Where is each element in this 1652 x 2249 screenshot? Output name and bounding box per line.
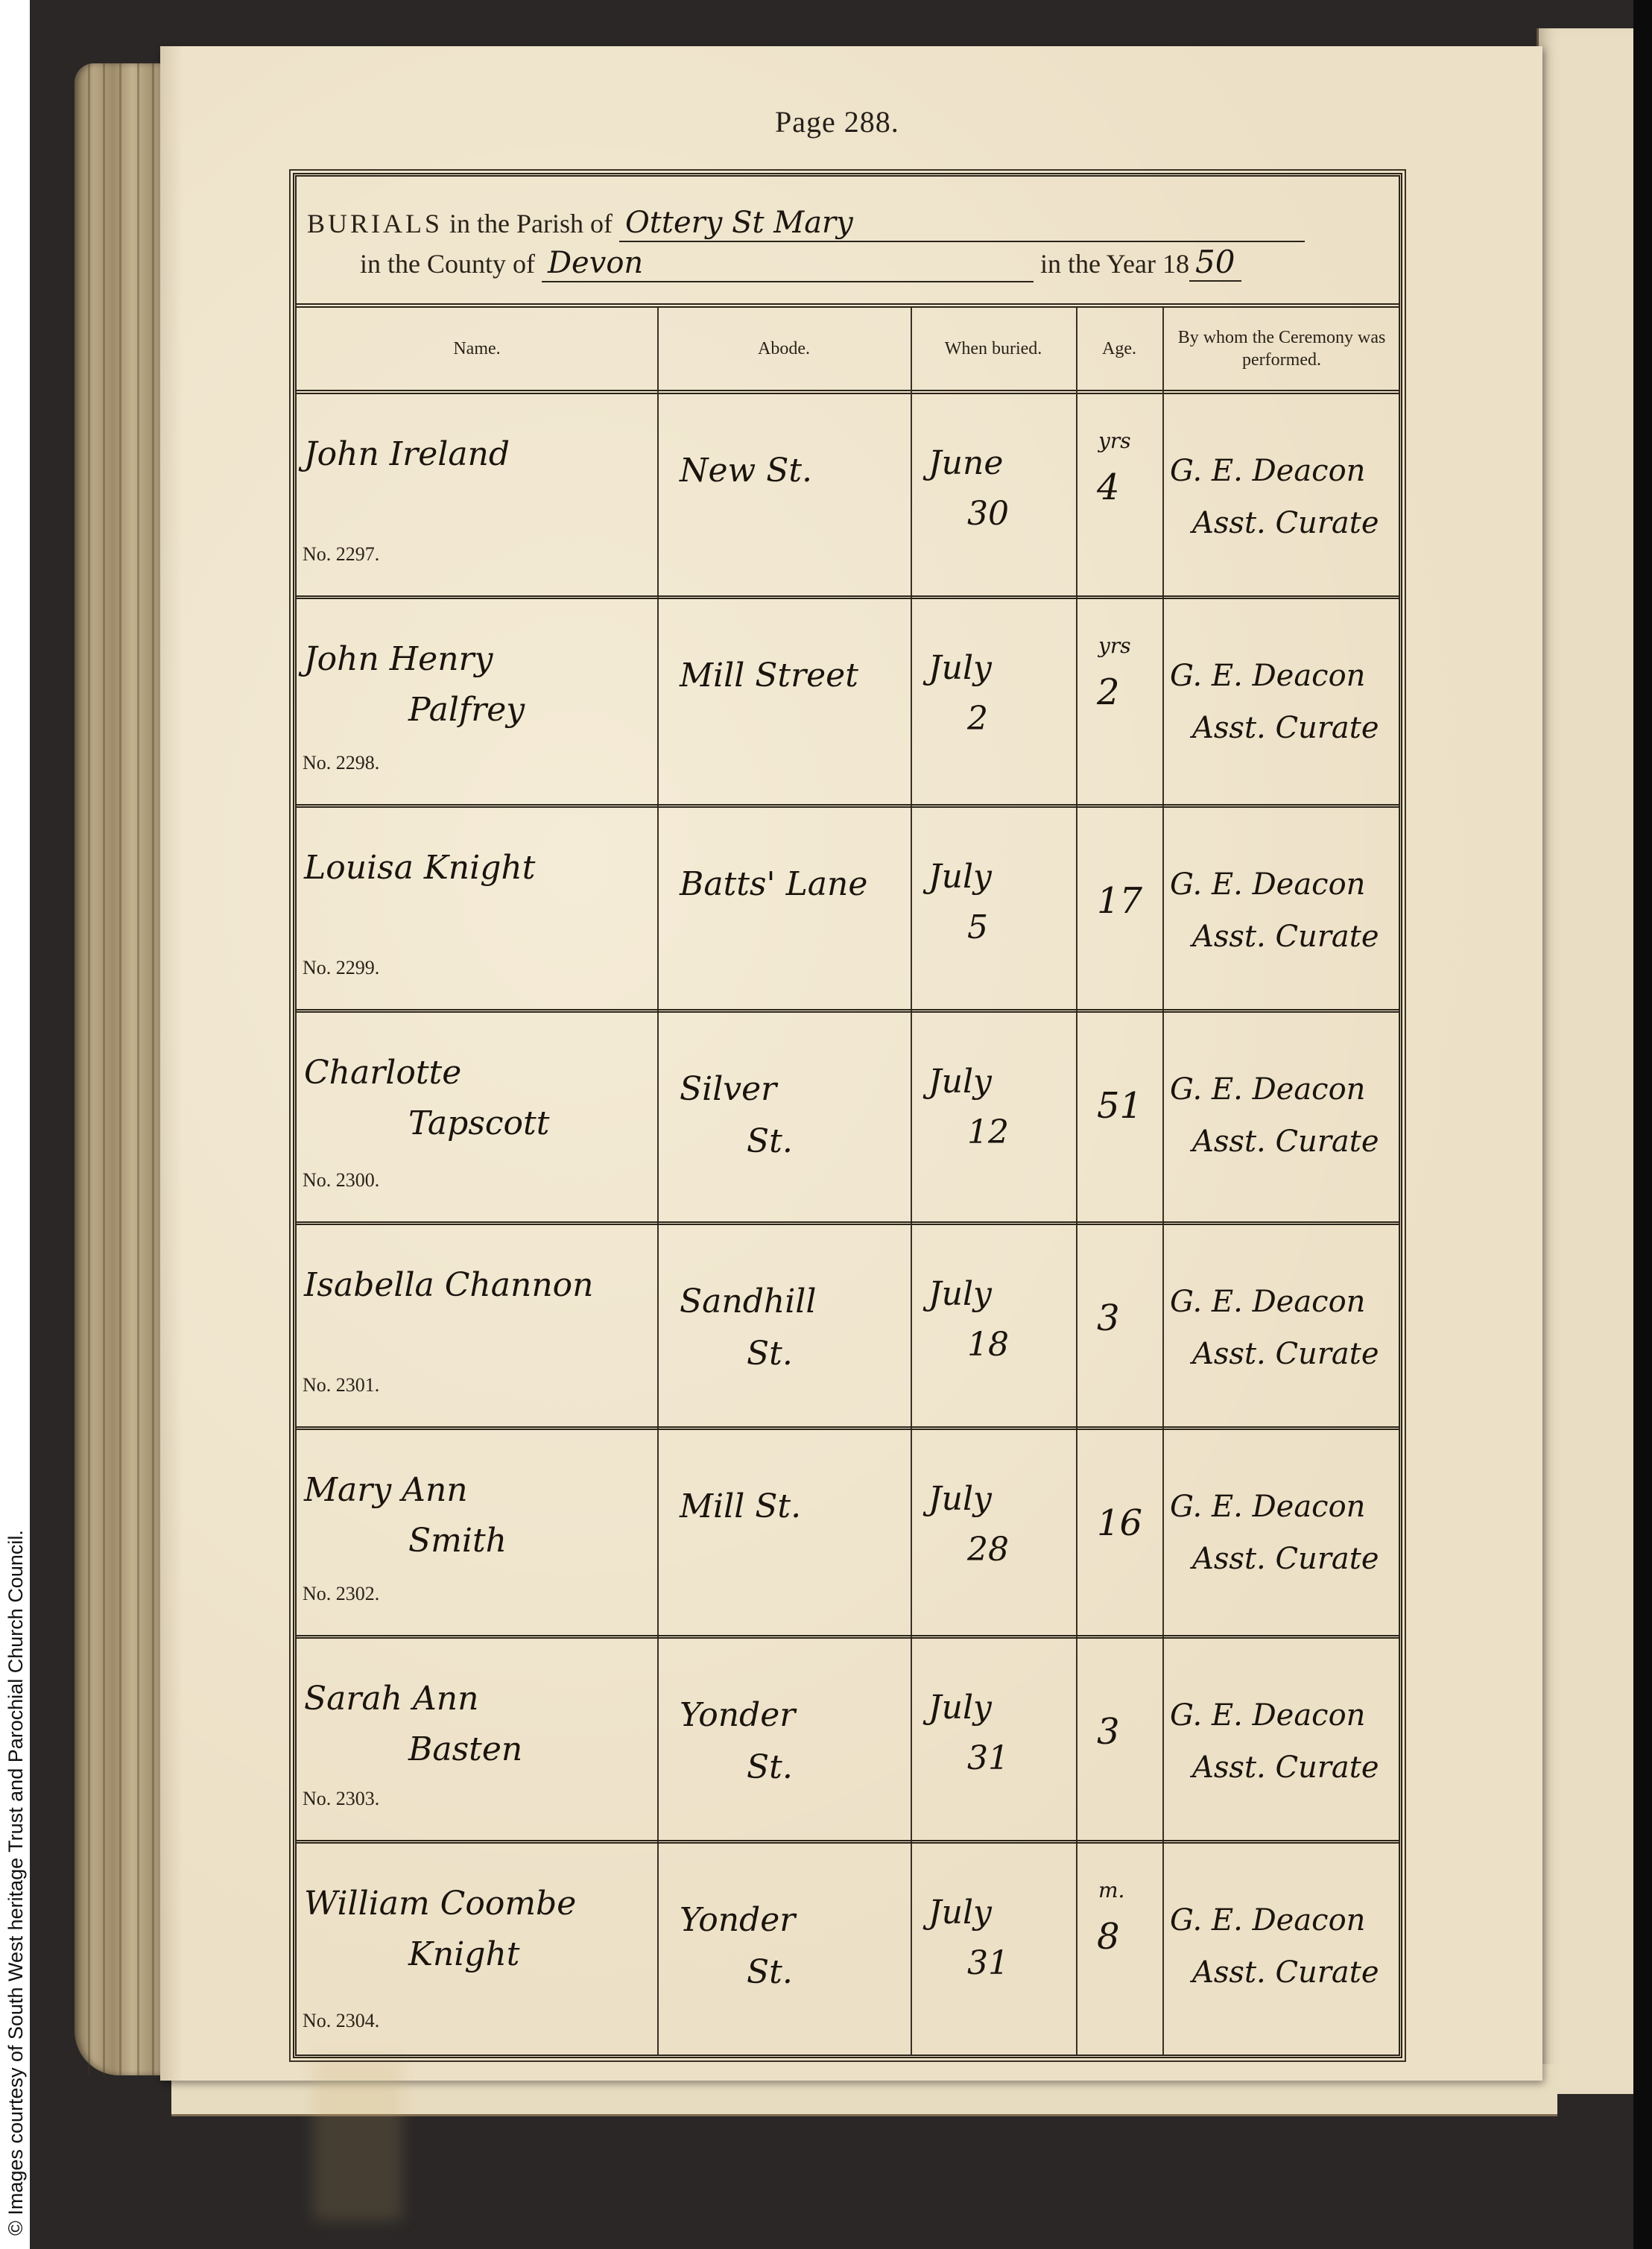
burial-month: July <box>928 1475 992 1524</box>
burial-day: 2 <box>967 695 988 744</box>
year-field: 50 <box>1189 249 1241 282</box>
name-line-1: Mary Ann <box>304 1466 468 1515</box>
burial-month: July <box>928 1683 992 1733</box>
table-row: Louisa Knight No. 2299. Batts' Lane July… <box>297 808 1399 1013</box>
table-row: Mary Ann Smith No. 2302. Mill St. July 2… <box>297 1430 1399 1639</box>
age-cell: 17 <box>1076 808 1162 1009</box>
book-page-edges <box>75 63 171 2075</box>
age-value: 4 <box>1097 463 1120 512</box>
abode-line-1: Mill St. <box>680 1482 801 1531</box>
officiant-cell: G. E. Deacon Asst. Curate <box>1162 1225 1401 1426</box>
burial-month: July <box>928 644 992 693</box>
when-buried-cell: July 5 <box>911 808 1076 1009</box>
name-line-2: Tapscott <box>408 1099 549 1148</box>
officiant-cell: G. E. Deacon Asst. Curate <box>1162 394 1401 595</box>
age-value: 51 <box>1097 1081 1142 1130</box>
age-unit: m. <box>1098 1866 1124 1915</box>
officiant-name: G. E. Deacon <box>1170 1482 1365 1531</box>
entry-number: No. 2297. <box>303 530 379 579</box>
age-unit: yrs <box>1098 417 1131 466</box>
table-row: Isabella Channon No. 2301. Sandhill St. … <box>297 1225 1399 1430</box>
age-cell: 3 <box>1076 1225 1162 1426</box>
name-cell: Mary Ann Smith No. 2302. <box>297 1430 657 1635</box>
burial-month: July <box>928 1888 992 1938</box>
age-cell: 16 <box>1076 1430 1162 1635</box>
abode-line-1: Batts' Lane <box>680 860 867 909</box>
name-line-1: John Ireland <box>304 430 510 479</box>
burial-month: June <box>928 439 1003 488</box>
age-unit: yrs <box>1098 621 1131 671</box>
abode-cell: Batts' Lane <box>657 808 911 1009</box>
name-cell: John Ireland No. 2297. <box>297 394 657 595</box>
water-stain <box>313 2057 402 2221</box>
background-edge <box>1633 0 1652 2249</box>
entry-number: No. 2301. <box>303 1361 379 1410</box>
when-buried-cell: July 28 <box>911 1430 1076 1635</box>
entry-number: No. 2300. <box>303 1156 379 1205</box>
officiant-title: Asst. Curate <box>1192 499 1379 548</box>
burial-register: BURIALS in the Parish of Ottery St Mary … <box>293 173 1402 2058</box>
column-header-abode: Abode. <box>657 308 911 390</box>
image-credit: © Images courtesy of South West heritage… <box>4 1530 28 2236</box>
table-row: John Ireland No. 2297. New St. June 30 y… <box>297 394 1399 599</box>
name-line-2: Smith <box>408 1516 507 1566</box>
table-row: Sarah Ann Basten No. 2303. Yonder St. Ju… <box>297 1639 1399 1844</box>
burial-day: 12 <box>967 1108 1009 1157</box>
abode-cell: Sandhill St. <box>657 1225 911 1426</box>
name-line-2: Basten <box>408 1725 522 1774</box>
abode-line-2: St. <box>747 1743 793 1792</box>
heading-county-line: in the County of Devon in the Year 1850 <box>360 248 1241 282</box>
officiant-name: G. E. Deacon <box>1170 1691 1365 1740</box>
burial-month: July <box>928 1270 992 1319</box>
name-line-2: Palfrey <box>408 686 525 735</box>
burial-day: 28 <box>967 1525 1009 1575</box>
abode-cell: Yonder St. <box>657 1844 911 2062</box>
officiant-cell: G. E. Deacon Asst. Curate <box>1162 1430 1401 1635</box>
officiant-name: G. E. Deacon <box>1170 1065 1365 1114</box>
name-line-1: Sarah Ann <box>304 1674 478 1724</box>
officiant-name: G. E. Deacon <box>1170 651 1365 700</box>
entry-number: No. 2298. <box>303 738 379 788</box>
officiant-title: Asst. Curate <box>1192 1534 1379 1584</box>
age-value: 17 <box>1097 876 1142 926</box>
column-header-age: Age. <box>1076 308 1162 390</box>
officiant-cell: G. E. Deacon Asst. Curate <box>1162 1844 1401 2062</box>
officiant-title: Asst. Curate <box>1192 1117 1379 1166</box>
officiant-name: G. E. Deacon <box>1170 860 1365 909</box>
when-buried-cell: July 31 <box>911 1639 1076 1840</box>
officiant-title: Asst. Curate <box>1192 703 1379 753</box>
column-header-officiant: By whom the Ceremony was performed. <box>1162 308 1401 390</box>
officiant-cell: G. E. Deacon Asst. Curate <box>1162 599 1401 804</box>
officiant-title: Asst. Curate <box>1192 912 1379 961</box>
table-header: Name. Abode. When buried. Age. By whom t… <box>297 308 1399 394</box>
officiant-title: Asst. Curate <box>1192 1743 1379 1792</box>
entry-number: No. 2304. <box>303 1996 379 2046</box>
officiant-name: G. E. Deacon <box>1170 446 1365 496</box>
name-line-1: John Henry <box>304 635 493 684</box>
table-row: Charlotte Tapscott No. 2300. Silver St. … <box>297 1013 1399 1225</box>
age-cell: yrs 4 <box>1076 394 1162 595</box>
abode-line-1: Yonder <box>680 1691 795 1740</box>
county-prefix: in the County of <box>360 249 535 279</box>
credit-strip: © Images courtesy of South West heritage… <box>0 0 30 2249</box>
name-cell: William Coombe Knight No. 2304. <box>297 1844 657 2062</box>
when-buried-cell: July 12 <box>911 1013 1076 1221</box>
officiant-cell: G. E. Deacon Asst. Curate <box>1162 1639 1401 1840</box>
burial-month: July <box>928 1057 992 1107</box>
abode-line-1: New St. <box>680 446 812 496</box>
parish-field: Ottery St Mary <box>619 209 1305 242</box>
name-cell: Charlotte Tapscott No. 2300. <box>297 1013 657 1221</box>
name-line-1: Charlotte <box>304 1048 461 1098</box>
name-cell: Louisa Knight No. 2299. <box>297 808 657 1009</box>
page-number: Page 288. <box>775 104 899 139</box>
table-row: John Henry Palfrey No. 2298. Mill Street… <box>297 599 1399 808</box>
burial-day: 31 <box>967 1939 1009 1988</box>
name-line-1: Isabella Channon <box>304 1261 594 1310</box>
heading-parish-line: BURIALS in the Parish of Ottery St Mary <box>307 208 1305 242</box>
table-row: William Coombe Knight No. 2304. Yonder S… <box>297 1844 1399 2062</box>
age-cell: m. 8 <box>1076 1844 1162 2062</box>
abode-cell: New St. <box>657 394 911 595</box>
officiant-title: Asst. Curate <box>1192 1329 1379 1379</box>
county-field: Devon <box>542 250 1034 282</box>
abode-line-1: Mill Street <box>680 651 858 700</box>
register-table: Name. Abode. When buried. Age. By whom t… <box>297 308 1399 2055</box>
abode-cell: Yonder St. <box>657 1639 911 1840</box>
burial-month: July <box>928 853 992 902</box>
officiant-cell: G. E. Deacon Asst. Curate <box>1162 808 1401 1009</box>
burials-label: BURIALS <box>307 209 443 238</box>
name-cell: John Henry Palfrey No. 2298. <box>297 599 657 804</box>
register-heading: BURIALS in the Parish of Ottery St Mary … <box>297 177 1399 308</box>
abode-cell: Mill Street <box>657 599 911 804</box>
burial-day: 18 <box>967 1320 1009 1370</box>
age-cell: yrs 2 <box>1076 599 1162 804</box>
abode-cell: Silver St. <box>657 1013 911 1221</box>
abode-line-1: Yonder <box>680 1896 795 1945</box>
column-header-name: Name. <box>297 308 657 390</box>
burial-day: 31 <box>967 1734 1009 1783</box>
age-cell: 3 <box>1076 1639 1162 1840</box>
age-value: 2 <box>1097 668 1120 717</box>
entry-number: No. 2299. <box>303 943 379 993</box>
age-value: 8 <box>1097 1912 1120 1961</box>
abode-line-1: Sandhill <box>680 1277 816 1326</box>
name-cell: Sarah Ann Basten No. 2303. <box>297 1639 657 1840</box>
when-buried-cell: July 2 <box>911 599 1076 804</box>
entry-number: No. 2303. <box>303 1774 379 1823</box>
when-buried-cell: June 30 <box>911 394 1076 595</box>
year-prefix: in the Year 18 <box>1040 249 1189 279</box>
abode-line-1: Silver <box>680 1065 776 1114</box>
name-cell: Isabella Channon No. 2301. <box>297 1225 657 1426</box>
abode-cell: Mill St. <box>657 1430 911 1635</box>
parish-prefix: in the Parish of <box>449 209 613 238</box>
when-buried-cell: July 31 <box>911 1844 1076 2062</box>
column-header-when-buried: When buried. <box>911 308 1076 390</box>
name-line-1: William Coombe <box>304 1879 576 1929</box>
abode-line-2: St. <box>747 1948 793 1997</box>
officiant-name: G. E. Deacon <box>1170 1896 1365 1945</box>
age-value: 3 <box>1097 1294 1120 1343</box>
officiant-name: G. E. Deacon <box>1170 1277 1365 1326</box>
burial-day: 5 <box>967 903 988 952</box>
age-value: 3 <box>1097 1707 1120 1756</box>
entry-number: No. 2302. <box>303 1569 379 1619</box>
officiant-title: Asst. Curate <box>1192 1948 1379 1997</box>
name-line-1: Louisa Knight <box>304 844 535 893</box>
when-buried-cell: July 18 <box>911 1225 1076 1426</box>
age-cell: 51 <box>1076 1013 1162 1221</box>
age-value: 16 <box>1097 1499 1142 1548</box>
abode-line-2: St. <box>747 1329 793 1379</box>
officiant-cell: G. E. Deacon Asst. Curate <box>1162 1013 1401 1221</box>
name-line-2: Knight <box>408 1930 519 1979</box>
abode-line-2: St. <box>747 1117 793 1166</box>
burial-day: 30 <box>967 490 1009 539</box>
